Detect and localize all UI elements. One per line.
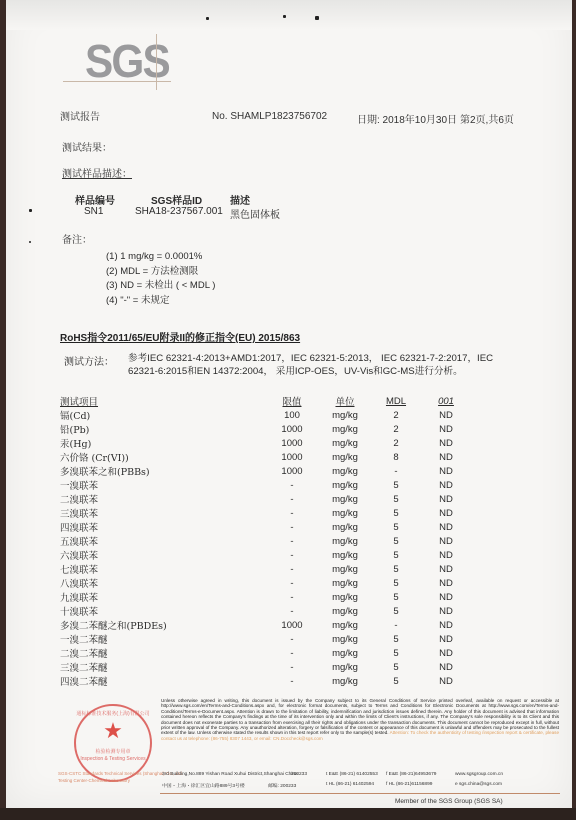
mdl-value: 2: [371, 408, 421, 422]
results-label: 测试结果：: [62, 139, 112, 154]
punch-mark: [29, 209, 32, 212]
header-unit: 单位: [319, 394, 371, 408]
stamp-center-cn: 检验检测专用章: [76, 748, 150, 755]
mdl-value: 5: [371, 660, 421, 674]
fax-hl: f HL (86-21)61156899: [386, 782, 432, 787]
result-001: ND: [421, 436, 471, 450]
header-mdl: MDL: [371, 394, 421, 408]
limit-value: 1000: [265, 618, 319, 632]
table-row: 多溴二苯醚之和(PBDEs)1000mg/kg-ND: [60, 618, 471, 632]
test-item: 四溴二苯醚: [60, 674, 265, 688]
test-item: 三溴联苯: [60, 506, 265, 520]
method-label: 测试方法：: [64, 353, 114, 368]
test-item: 六溴联苯: [60, 548, 265, 562]
test-item: 四溴联苯: [60, 520, 265, 534]
result-001: ND: [421, 674, 471, 688]
result-001: ND: [421, 478, 471, 492]
result-001: ND: [421, 590, 471, 604]
table-row: 四溴联苯-mg/kg5ND: [60, 520, 471, 534]
address-en: 3rd Building,No.889 Yishan Road Xuhui Di…: [162, 772, 298, 777]
punch-mark: [29, 241, 31, 243]
unit: mg/kg: [319, 492, 371, 506]
logo-rule: [63, 81, 171, 82]
table-row: 九溴联苯-mg/kg5ND: [60, 590, 471, 604]
limit-value: 1000: [265, 422, 319, 436]
limit-value: -: [265, 492, 319, 506]
email: e sgs.china@sgs.com: [455, 782, 502, 787]
test-item: 镉(Cd): [60, 408, 265, 422]
test-item: 六价铬 (Cr(VI)): [60, 450, 265, 464]
result-001: ND: [421, 548, 471, 562]
unit: mg/kg: [319, 534, 371, 548]
unit: mg/kg: [319, 450, 371, 464]
table-row: 八溴联苯-mg/kg5ND: [60, 576, 471, 590]
result-001: ND: [421, 464, 471, 478]
logo-rule: [156, 34, 157, 90]
method-text: 参考IEC 62321-4:2013+AMD1:2017，IEC 62321-5…: [128, 352, 498, 378]
stamp-ring-text: 通标标准技术服务(上海)有限公司: [76, 710, 150, 717]
unit: mg/kg: [319, 618, 371, 632]
mdl-value: 5: [371, 520, 421, 534]
limit-value: 1000: [265, 450, 319, 464]
test-item: 多溴二苯醚之和(PBDEs): [60, 618, 265, 632]
table-row: 汞(Hg)1000mg/kg2ND: [60, 436, 471, 450]
result-001: ND: [421, 604, 471, 618]
table-row: 十溴联苯-mg/kg5ND: [60, 604, 471, 618]
report-date: 日期: 2018年10月30日: [357, 111, 457, 126]
test-item: 七溴联苯: [60, 562, 265, 576]
sample-header-no: 样品编号: [75, 192, 115, 207]
header-limit: 限值: [265, 394, 319, 408]
report-number: No. SHAMLP1823756702: [212, 111, 327, 122]
mdl-value: 5: [371, 478, 421, 492]
mdl-value: 5: [371, 492, 421, 506]
member-line: Member of the SGS Group (SGS SA): [395, 798, 503, 805]
limit-value: -: [265, 660, 319, 674]
stamp-center-en: Inspection & Testing Services: [76, 756, 150, 762]
unit: mg/kg: [319, 660, 371, 674]
mdl-value: 5: [371, 576, 421, 590]
unit: mg/kg: [319, 674, 371, 688]
test-item: 汞(Hg): [60, 436, 265, 450]
result-001: ND: [421, 632, 471, 646]
test-item: 一溴联苯: [60, 478, 265, 492]
result-001: ND: [421, 422, 471, 436]
limit-value: -: [265, 632, 319, 646]
test-item: 二溴联苯: [60, 492, 265, 506]
header-item: 测试项目: [60, 394, 265, 408]
result-001: ND: [421, 646, 471, 660]
mdl-value: 5: [371, 674, 421, 688]
phone-hl: t HL (86-21) 61402594: [326, 782, 374, 787]
mdl-value: 2: [371, 436, 421, 450]
table-row: 四溴二苯醚-mg/kg5ND: [60, 674, 471, 688]
table-row: 一溴二苯醚-mg/kg5ND: [60, 632, 471, 646]
test-item: 十溴联苯: [60, 604, 265, 618]
sample-no: SN1: [84, 206, 103, 217]
result-001: ND: [421, 492, 471, 506]
test-item: 八溴联苯: [60, 576, 265, 590]
result-001: ND: [421, 618, 471, 632]
note-item: (2) MDL = 方法检测限: [106, 265, 215, 280]
notes-list: (1) 1 mg/kg = 0.0001% (2) MDL = 方法检测限 (3…: [106, 250, 215, 308]
mdl-value: 8: [371, 450, 421, 464]
sample-header-id: SGS样品ID: [151, 192, 202, 207]
result-001: ND: [421, 450, 471, 464]
table-row: 三溴二苯醚-mg/kg5ND: [60, 660, 471, 674]
postcode-cn: 邮编: 200233: [268, 782, 296, 789]
note-item: (4) "-" = 未规定: [106, 294, 215, 309]
limit-value: -: [265, 478, 319, 492]
unit: mg/kg: [319, 562, 371, 576]
mdl-value: 5: [371, 548, 421, 562]
mdl-value: 5: [371, 590, 421, 604]
unit: mg/kg: [319, 548, 371, 562]
punch-mark: [206, 17, 209, 20]
unit: mg/kg: [319, 604, 371, 618]
table-row: 六溴联苯-mg/kg5ND: [60, 548, 471, 562]
unit: mg/kg: [319, 590, 371, 604]
mdl-value: 5: [371, 646, 421, 660]
test-item: 一溴二苯醚: [60, 632, 265, 646]
unit: mg/kg: [319, 632, 371, 646]
results-table: 测试项目 限值 单位 MDL 001 镉(Cd)100mg/kg2ND铅(Pb)…: [60, 394, 471, 688]
table-row: 五溴联苯-mg/kg5ND: [60, 534, 471, 548]
report-title: 测试报告: [60, 108, 100, 123]
test-item: 九溴联苯: [60, 590, 265, 604]
mdl-value: 5: [371, 562, 421, 576]
note-item: (3) ND = 未检出 ( < MDL ): [106, 279, 215, 294]
footer-rule: [160, 793, 560, 794]
result-001: ND: [421, 506, 471, 520]
sample-id: SHA18-237567.001: [135, 206, 223, 217]
table-row: 镉(Cd)100mg/kg2ND: [60, 408, 471, 422]
table-row: 二溴二苯醚-mg/kg5ND: [60, 646, 471, 660]
limit-value: -: [265, 506, 319, 520]
mdl-value: -: [371, 618, 421, 632]
scan-background: [0, 808, 576, 820]
sample-desc: 黑色固体板: [230, 206, 280, 221]
unit: mg/kg: [319, 646, 371, 660]
limit-value: -: [265, 604, 319, 618]
limit-value: -: [265, 646, 319, 660]
table-row: 三溴联苯-mg/kg5ND: [60, 506, 471, 520]
limit-value: -: [265, 674, 319, 688]
postcode-en: 200233: [291, 772, 307, 777]
test-item: 三溴二苯醚: [60, 660, 265, 674]
unit: mg/kg: [319, 506, 371, 520]
results-header-row: 测试项目 限值 单位 MDL 001: [60, 394, 471, 408]
mdl-value: -: [371, 464, 421, 478]
limit-value: 100: [265, 408, 319, 422]
table-row: 一溴联苯-mg/kg5ND: [60, 478, 471, 492]
limit-value: -: [265, 562, 319, 576]
unit: mg/kg: [319, 520, 371, 534]
notes-label: 备注：: [62, 231, 92, 246]
table-row: 六价铬 (Cr(VI))1000mg/kg8ND: [60, 450, 471, 464]
punch-mark: [315, 16, 319, 20]
section-title: RoHS指令2011/65/EU附录II的修正指令(EU) 2015/863: [60, 329, 300, 344]
result-001: ND: [421, 534, 471, 548]
star-icon: ★: [76, 720, 150, 742]
unit: mg/kg: [319, 408, 371, 422]
unit: mg/kg: [319, 422, 371, 436]
fax-ee: f E&E (86-21)64953679: [386, 772, 436, 777]
limit-value: -: [265, 534, 319, 548]
limit-value: -: [265, 590, 319, 604]
scan-shadow: [6, 0, 572, 30]
result-001: ND: [421, 408, 471, 422]
unit: mg/kg: [319, 576, 371, 590]
test-item: 二溴二苯醚: [60, 646, 265, 660]
sample-header-desc: 描述: [230, 192, 250, 207]
sample-description-label: 测试样品描述：: [62, 165, 132, 180]
punch-mark: [283, 15, 286, 18]
phone-ee: t E&E (86-21) 61402553: [326, 772, 378, 777]
website: www.sgsgroup.com.cn: [455, 772, 503, 777]
limit-value: -: [265, 548, 319, 562]
unit: mg/kg: [319, 478, 371, 492]
limit-value: -: [265, 576, 319, 590]
table-row: 多溴联苯之和(PBBs)1000mg/kg-ND: [60, 464, 471, 478]
table-row: 铅(Pb)1000mg/kg2ND: [60, 422, 471, 436]
result-001: ND: [421, 562, 471, 576]
test-item: 铅(Pb): [60, 422, 265, 436]
page-indicator: 第2页,共6页: [460, 111, 514, 126]
limit-value: 1000: [265, 436, 319, 450]
header-sample-001: 001: [421, 394, 471, 408]
mdl-value: 5: [371, 534, 421, 548]
test-item: 五溴联苯: [60, 534, 265, 548]
unit: mg/kg: [319, 436, 371, 450]
disclaimer: Unless otherwise agreed in writing, this…: [161, 698, 559, 741]
mdl-value: 2: [371, 422, 421, 436]
mdl-value: 5: [371, 604, 421, 618]
unit: mg/kg: [319, 464, 371, 478]
test-item: 多溴联苯之和(PBBs): [60, 464, 265, 478]
table-row: 七溴联苯-mg/kg5ND: [60, 562, 471, 576]
address-cn: 中国・上海・徐汇区宜山路889号3号楼: [162, 782, 245, 789]
limit-value: -: [265, 520, 319, 534]
mdl-value: 5: [371, 632, 421, 646]
result-001: ND: [421, 576, 471, 590]
limit-value: 1000: [265, 464, 319, 478]
result-001: ND: [421, 660, 471, 674]
result-001: ND: [421, 520, 471, 534]
mdl-value: 5: [371, 506, 421, 520]
table-row: 二溴联苯-mg/kg5ND: [60, 492, 471, 506]
note-item: (1) 1 mg/kg = 0.0001%: [106, 250, 215, 265]
